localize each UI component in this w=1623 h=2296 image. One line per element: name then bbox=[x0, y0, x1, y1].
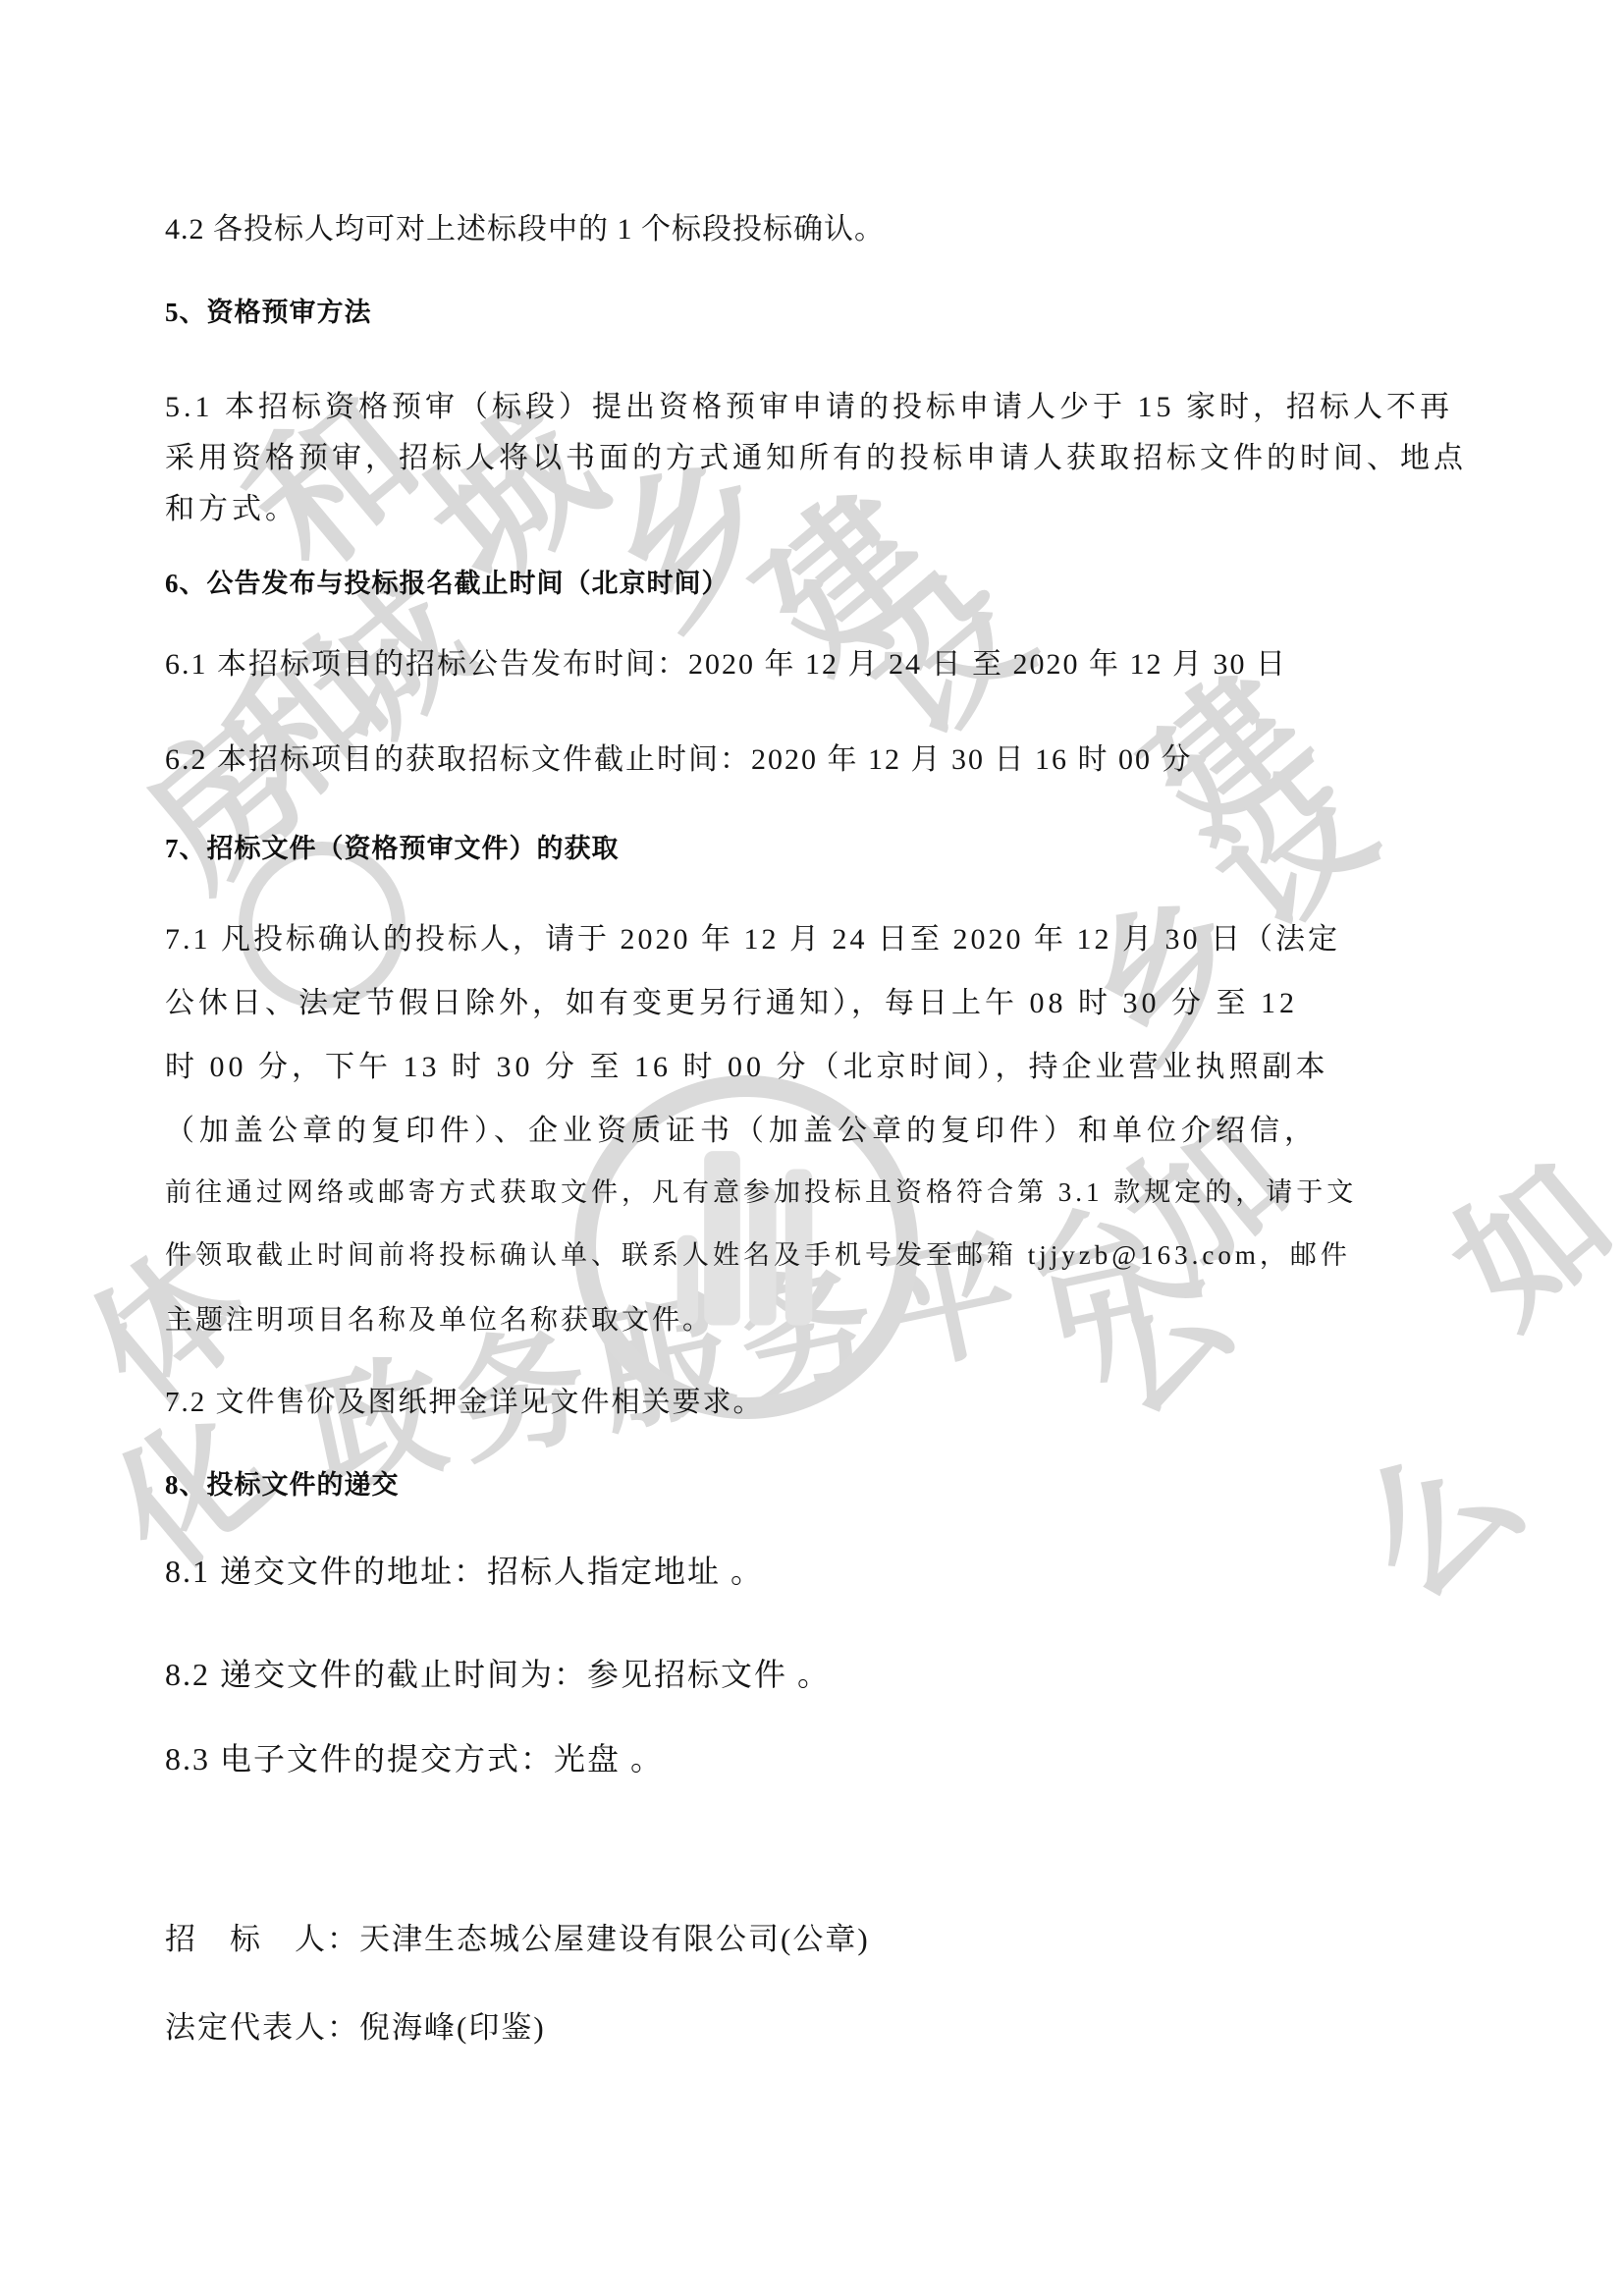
clause-7-2: 7.2 文件售价及图纸押金详见文件相关要求。 bbox=[165, 1385, 764, 1420]
clause-6-1: 6.1 本招标项目的招标公告发布时间：2020 年 12 月 24 日 至 20… bbox=[165, 646, 1287, 683]
heading-8: 8、投标文件的递交 bbox=[165, 1469, 400, 1503]
document-text-layer: 4.2 各投标人均可对上述标段中的 1 个标段投标确认。5、资格预审方法5.1 … bbox=[0, 0, 1623, 2296]
clause-8-1: 8.1 递交文件的地址：招标人指定地址 。 bbox=[165, 1552, 764, 1591]
clause-8-3: 8.3 电子文件的提交方式：光盘 。 bbox=[165, 1739, 664, 1778]
clause-7-1-line-5: 前往通过网络或邮寄方式获取文件，凡有意参加投标且资格符合第 3.1 款规定的，请… bbox=[165, 1176, 1357, 1210]
clause-8-2: 8.2 递交文件的截止时间为：参见招标文件 。 bbox=[165, 1655, 831, 1694]
clause-7-1-line-2: 公休日、法定节假日除外，如有变更另行通知），每日上午 08 时 30 分 至 1… bbox=[165, 985, 1298, 1022]
clause-5-1-line-1: 5.1 本招标资格预审（标段）提出资格预审申请的投标申请人少于 15 家时，招标… bbox=[165, 389, 1453, 426]
clause-5-1-line-2: 采用资格预审，招标人将以书面的方式通知所有的投标申请人获取招标文件的时间、地点 bbox=[165, 440, 1467, 477]
document-page: 和城乡建房和城设建设乡加公如么体化政务服务平台 4.2 各投标人均可对上述标段中… bbox=[0, 0, 1623, 2296]
heading-5: 5、资格预审方法 bbox=[165, 297, 372, 330]
clause-7-1-line-4: （加盖公章的复印件）、企业资质证书（加盖公章的复印件）和单位介绍信， bbox=[165, 1113, 1319, 1150]
heading-7: 7、招标文件（资格预审文件）的获取 bbox=[165, 833, 620, 866]
clause-7-1-line-3: 时 00 分，下午 13 时 30 分 至 16 时 00 分（北京时间），持企… bbox=[165, 1049, 1329, 1086]
clause-7-1-line-6: 件领取截止时间前将投标确认单、联系人姓名及手机号发至邮箱 tjjyzb@163.… bbox=[165, 1239, 1351, 1273]
clause-4-2: 4.2 各投标人均可对上述标段中的 1 个标段投标确认。 bbox=[165, 211, 885, 248]
heading-6: 6、公告发布与投标报名截止时间（北京时间） bbox=[165, 568, 730, 601]
clause-5-1-line-3: 和方式。 bbox=[165, 491, 298, 528]
clause-7-1-line-7: 主题注明项目名称及单位名称获取文件。 bbox=[165, 1303, 713, 1338]
signature-tenderer: 招 标 人：天津生态城公屋建设有限公司(公章) bbox=[165, 1921, 870, 1959]
signature-legal-rep: 法定代表人：倪海峰(印鉴) bbox=[165, 2009, 546, 2048]
clause-7-1-line-1: 7.1 凡投标确认的投标人，请于 2020 年 12 月 24 日至 2020 … bbox=[165, 921, 1340, 958]
clause-6-2: 6.2 本招标项目的获取招标文件截止时间：2020 年 12 月 30 日 16… bbox=[165, 741, 1193, 779]
